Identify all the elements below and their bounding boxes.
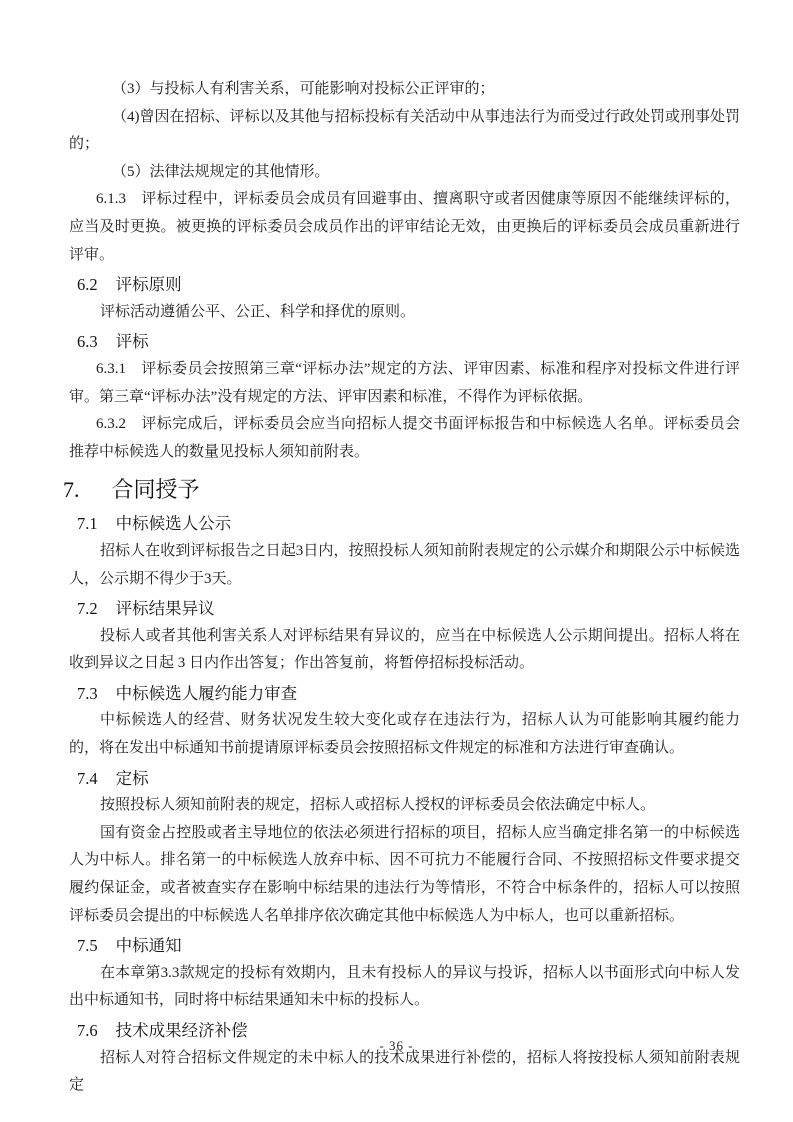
- paragraph: 国有资金占控股或者主导地位的依法必须进行招标的项目，招标人应当确定排名第一的中标…: [69, 820, 740, 930]
- numbered-paragraph: 6.1.3评标过程中，评标委员会成员有回避事由、擅离职守或者因健康等原因不能继续…: [69, 186, 740, 269]
- section-number: 6.2: [77, 275, 98, 294]
- section-number: 7.5: [77, 936, 98, 955]
- paragraph: 在本章第3.3款规定的投标有效期内，且未有投标人的异议与投诉，招标人以书面形式向…: [69, 960, 740, 1015]
- section-heading: 7.4定标: [77, 765, 740, 793]
- section-number: 7.4: [77, 769, 98, 788]
- clause-number: 6.3.1: [96, 361, 126, 377]
- clause-number: 6.3.2: [96, 416, 126, 432]
- list-item: （3）与投标人有利害关系，可能影响对投标公正评审的；: [69, 76, 740, 104]
- section-number: 7.1: [77, 514, 98, 533]
- section-title: 中标通知: [116, 936, 182, 955]
- section-heading: 7.2评标结果异议: [77, 595, 740, 623]
- section-heading: 6.2评标原则: [77, 271, 740, 299]
- paragraph: 投标人或者其他利害关系人对评标结果有异议的，应当在中标候选人公示期间提出。招标人…: [69, 623, 740, 678]
- numbered-paragraph: 6.3.2评标完成后，评标委员会应当向招标人提交书面评标报告和中标候选人名单。评…: [69, 411, 740, 466]
- section-title: 中标候选人履约能力审查: [116, 684, 298, 703]
- chapter-number: 7.: [63, 477, 80, 502]
- section-title: 定标: [116, 769, 149, 788]
- section-title: 评标: [116, 332, 149, 351]
- section-heading: 7.1中标候选人公示: [77, 510, 740, 538]
- document-page: （3）与投标人有利害关系，可能影响对投标公正评审的； （4)曾因在招标、评标以及…: [0, 0, 793, 1122]
- document-body: （3）与投标人有利害关系，可能影响对投标公正评审的； （4)曾因在招标、评标以及…: [69, 76, 740, 1100]
- clause-text: 评标委员会按照第三章“评标办法”规定的方法、评审因素、标准和程序对投标文件进行评…: [69, 361, 740, 405]
- section-heading: 6.3评标: [77, 328, 740, 356]
- section-title: 中标候选人公示: [116, 514, 232, 533]
- clause-number: 6.1.3: [96, 191, 126, 207]
- section-title: 评标原则: [116, 275, 182, 294]
- numbered-paragraph: 6.3.1评标委员会按照第三章“评标办法”规定的方法、评审因素、标准和程序对投标…: [69, 356, 740, 411]
- section-number: 6.3: [77, 332, 98, 351]
- chapter-title: 合同授予: [112, 477, 200, 502]
- section-title: 评标结果异议: [116, 599, 215, 618]
- section-number: 7.3: [77, 684, 98, 703]
- clause-text: 评标完成后，评标委员会应当向招标人提交书面评标报告和中标候选人名单。评标委员会推…: [69, 416, 740, 460]
- page-number: - 36 -: [0, 1038, 793, 1054]
- paragraph: 招标人在收到评标报告之日起3日内，按照投标人须知前附表规定的公示媒介和期限公示中…: [69, 538, 740, 593]
- list-item: （5）法律法规规定的其他情形。: [69, 159, 740, 187]
- paragraph: 按照投标人须知前附表的规定，招标人或招标人授权的评标委员会依法确定中标人。: [69, 792, 740, 820]
- section-heading: 7.3中标候选人履约能力审查: [77, 680, 740, 708]
- section-number: 7.2: [77, 599, 98, 618]
- list-item: （4)曾因在招标、评标以及其他与招标投标有关活动中从事违法行为而受过行政处罚或刑…: [69, 104, 740, 159]
- section-heading: 7.5中标通知: [77, 932, 740, 960]
- clause-text: 评标过程中，评标委员会成员有回避事由、擅离职守或者因健康等原因不能继续评标的，应…: [69, 191, 740, 262]
- chapter-heading: 7.合同授予: [63, 473, 740, 507]
- paragraph: 评标活动遵循公平、公正、科学和择优的原则。: [69, 299, 740, 327]
- paragraph: 中标候选人的经营、财务状况发生较大变化或存在违法行为，招标人认为可能影响其履约能…: [69, 707, 740, 762]
